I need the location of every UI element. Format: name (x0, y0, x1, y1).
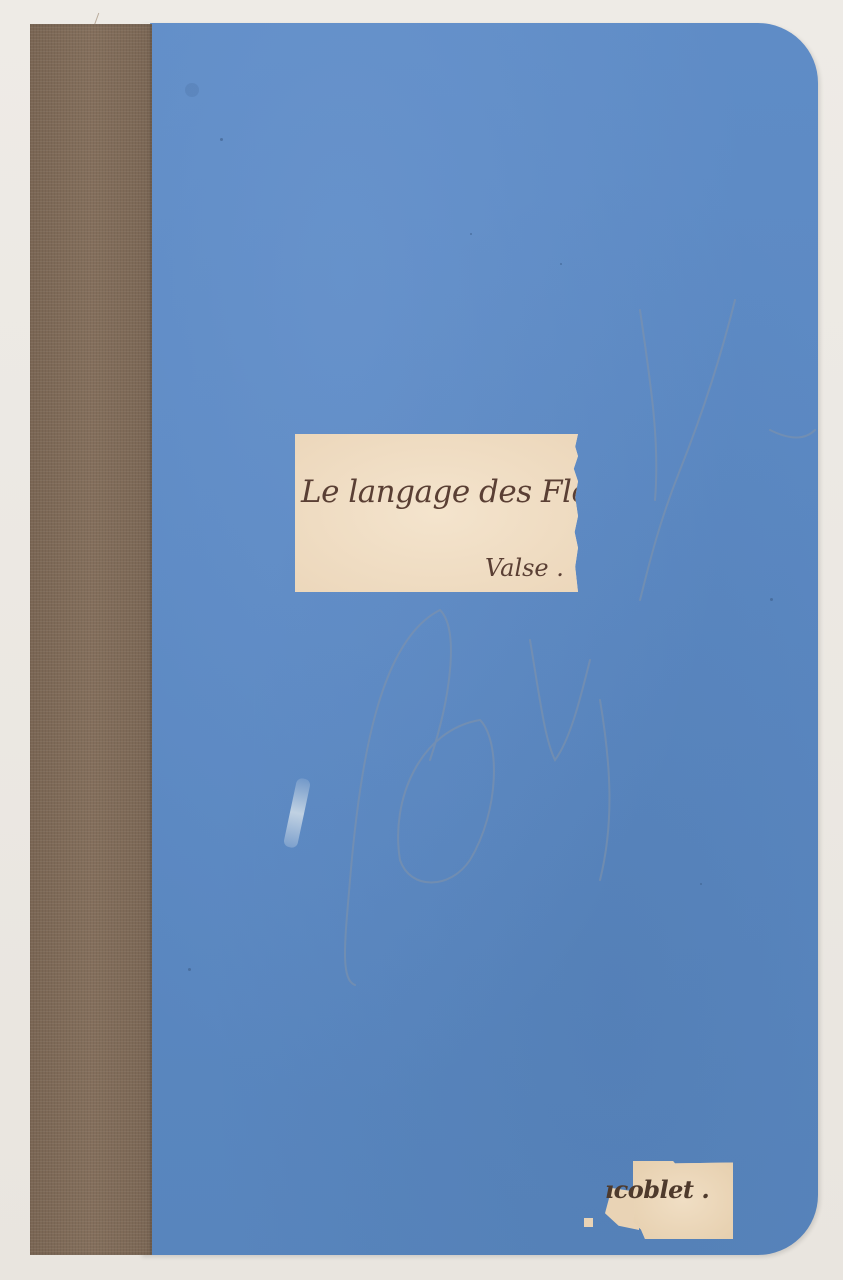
cloth-spine (30, 24, 152, 1255)
label-fragment (584, 1218, 593, 1227)
speck (470, 233, 472, 235)
paper-scuff (283, 777, 311, 848)
speck (700, 883, 702, 885)
speck (188, 968, 191, 971)
composer-text: ıcoblet . (605, 1175, 709, 1204)
score-cover (30, 23, 818, 1255)
speck (770, 598, 773, 601)
speck (560, 263, 562, 265)
title-label: Le langage des Fleur Valse . (295, 434, 578, 592)
stain (185, 83, 199, 97)
blue-paper-board (140, 23, 818, 1255)
title-text: Le langage des Fleur (301, 474, 623, 510)
subtitle-text: Valse . (485, 554, 564, 582)
speck (220, 138, 223, 141)
